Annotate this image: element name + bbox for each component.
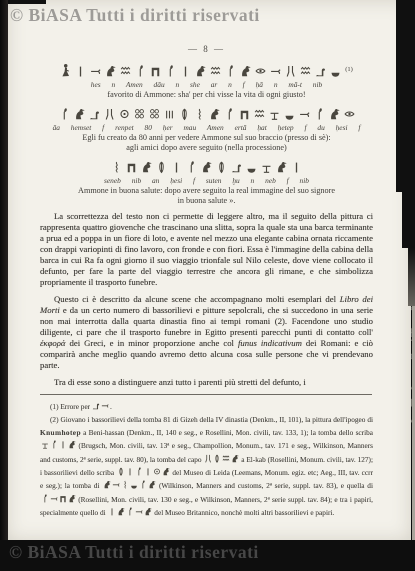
basket-hieroglyph-icon xyxy=(330,63,341,79)
bird-hieroglyph-icon xyxy=(231,453,239,464)
arm-hieroglyph-icon xyxy=(90,63,101,79)
transliteration-line-2: āa hemset f renpet 80 ḥer mau Amen ertā … xyxy=(40,123,373,132)
translation-line-1: favorito di Ammone: sha' per chi visse l… xyxy=(40,90,373,99)
bird-hieroglyph-icon xyxy=(195,63,206,79)
reed-hieroglyph-icon xyxy=(225,63,236,79)
footnote-2: (2) Giovano i bassorilievi della tomba 8… xyxy=(40,414,373,519)
water-hieroglyph-icon xyxy=(254,106,265,122)
bird-hieroglyph-icon xyxy=(68,493,76,504)
cloth-hieroglyph-icon xyxy=(121,479,129,490)
watermark-bottom: © BiASA Tutti i diritti riservati xyxy=(9,542,259,563)
hieroglyph-row-2 xyxy=(40,101,373,122)
feather-hieroglyph-icon xyxy=(156,159,167,175)
scan-border-top xyxy=(8,0,46,4)
reed-hieroglyph-icon xyxy=(314,106,325,122)
stroke-hieroglyph-icon xyxy=(291,159,302,175)
reed-hieroglyph-icon xyxy=(126,506,134,517)
bird-hieroglyph-icon xyxy=(329,106,340,122)
snake-hieroglyph-icon xyxy=(315,63,326,79)
legs-hieroglyph-icon xyxy=(285,63,296,79)
translation-line-2b: agli amici dopo avere seguito (nella pro… xyxy=(40,143,373,152)
house-hieroglyph-icon xyxy=(59,493,67,504)
bird-hieroglyph-icon xyxy=(240,63,251,79)
translation-line-3a: Ammone in buona salute: dopo avere segui… xyxy=(40,186,373,195)
footnote-text: (Wilkinson, Manners and customs, 2ª seri… xyxy=(156,481,373,490)
cloth-hieroglyph-icon xyxy=(111,159,122,175)
stroke-hieroglyph-icon xyxy=(144,466,152,477)
transliteration-line-3: seneb nib an ḥesi f suten ḫu n neb f nib xyxy=(40,176,373,185)
reed-hieroglyph-icon xyxy=(41,493,49,504)
arm-hieroglyph-icon xyxy=(112,479,120,490)
scan-border-right xyxy=(396,0,415,192)
body-text: e da un certo numero di bassorilievi e p… xyxy=(40,305,373,337)
body-paragraph-1: La scorrettezza del testo non ci permett… xyxy=(40,211,373,288)
bird-hieroglyph-icon xyxy=(117,506,125,517)
water-hieroglyph-icon xyxy=(222,453,230,464)
feather-hieroglyph-icon xyxy=(216,159,227,175)
water-hieroglyph-icon xyxy=(210,63,221,79)
hieroglyph-row-3 xyxy=(40,154,373,175)
footnote-text: a Beni-hassan (Denkm., II, 140 e seg., e… xyxy=(81,428,373,437)
bird-hieroglyph-icon xyxy=(209,106,220,122)
basket-hieroglyph-icon xyxy=(284,106,295,122)
arm-hieroglyph-icon xyxy=(270,63,281,79)
feather-hieroglyph-icon xyxy=(117,466,125,477)
snake-hieroglyph-icon xyxy=(231,159,242,175)
page-paper: — 8 — (1) hes n Amen dāu n she ar n f ḥā… xyxy=(7,0,411,541)
page-number: — 8 — xyxy=(40,44,373,54)
strokes3-hieroglyph-icon xyxy=(164,106,175,122)
reed-hieroglyph-icon xyxy=(59,106,70,122)
bird-hieroglyph-icon xyxy=(74,106,85,122)
reed-hieroglyph-icon xyxy=(224,106,235,122)
stroke-hieroglyph-icon xyxy=(171,159,182,175)
house-hieroglyph-icon xyxy=(239,106,250,122)
circles4-hieroglyph-icon xyxy=(134,106,145,122)
hieroglyph-icons xyxy=(92,402,110,411)
bird-hieroglyph-icon xyxy=(105,63,116,79)
scan-border-right xyxy=(402,192,415,248)
body-paragraph-3: Tra di esse sono a distinguere anzi tutt… xyxy=(40,377,373,388)
eye-hieroglyph-icon xyxy=(255,63,266,79)
footnote-text: (1) Errore per xyxy=(50,402,92,411)
hieroglyph-icons xyxy=(107,508,152,517)
house-hieroglyph-icon xyxy=(150,63,161,79)
house-hieroglyph-icon xyxy=(126,159,137,175)
snake-hieroglyph-icon xyxy=(92,400,100,411)
name-knumhotep: Knumhotep xyxy=(40,428,81,437)
circles4-hieroglyph-icon xyxy=(149,106,160,122)
scan-border-left xyxy=(0,0,8,571)
hieroglyph-icons xyxy=(40,495,76,504)
footnote-ref-1: (1) xyxy=(345,66,353,73)
page-content: — 8 — (1) hes n Amen dāu n she ar n f ḥā… xyxy=(40,44,373,521)
arm-hieroglyph-icon xyxy=(299,106,310,122)
basket-hieroglyph-icon xyxy=(246,159,257,175)
bird-hieroglyph-icon xyxy=(103,479,111,490)
reed-hieroglyph-icon xyxy=(165,63,176,79)
hieroglyph-row-1: (1) xyxy=(40,58,373,79)
stroke-hieroglyph-icon xyxy=(180,63,191,79)
hieroglyph-icons xyxy=(116,468,170,477)
greek-term: ἐκφορά xyxy=(40,338,65,348)
hieroglyph-icons xyxy=(203,455,239,464)
reed-hieroglyph-icon xyxy=(50,439,58,450)
reed-hieroglyph-icon xyxy=(135,466,143,477)
cloth-hieroglyph-icon xyxy=(194,106,205,122)
hieroglyph-icons xyxy=(102,481,156,490)
water-hieroglyph-icon xyxy=(120,63,131,79)
reed-hieroglyph-icon xyxy=(135,63,146,79)
bird-hieroglyph-icon xyxy=(201,159,212,175)
stroke-hieroglyph-icon xyxy=(75,63,86,79)
arm-hieroglyph-icon xyxy=(50,493,58,504)
translation-line-3b: in buona salute ». xyxy=(40,196,373,205)
footnote-separator xyxy=(40,394,372,395)
bird-hieroglyph-icon xyxy=(144,506,152,517)
stroke-hieroglyph-icon xyxy=(126,466,134,477)
hieroglyph-icons xyxy=(40,441,76,450)
footnote-1: (1) Errore per . xyxy=(40,400,373,413)
latin-term: funus indicativum xyxy=(238,338,302,348)
eye-hieroglyph-icon xyxy=(344,106,355,122)
bird-hieroglyph-icon xyxy=(276,159,287,175)
sun-hieroglyph-icon xyxy=(153,466,161,477)
bird-hieroglyph-icon xyxy=(141,159,152,175)
body-text: dei Greci, e in minor proporzione anche … xyxy=(65,338,238,348)
feather-hieroglyph-icon xyxy=(213,453,221,464)
watermark-top: © BiASA Tutti i diritti riservati xyxy=(10,5,260,26)
stroke-hieroglyph-icon xyxy=(108,506,116,517)
table-hieroglyph-icon xyxy=(41,439,49,450)
footnote-text: (2) Giovano i bassorilievi della tomba 8… xyxy=(50,415,373,424)
translation-line-2a: Egli fu creato da 80 anni per vedere Amm… xyxy=(40,133,373,142)
reed-hieroglyph-icon xyxy=(139,479,147,490)
man-seated-hieroglyph-icon xyxy=(60,63,71,79)
footnote-text: . xyxy=(110,402,112,411)
stroke-hieroglyph-icon xyxy=(59,439,67,450)
basket-hieroglyph-icon xyxy=(130,479,138,490)
table-hieroglyph-icon xyxy=(261,159,272,175)
body-paragraph-2: Questo ci è descritto da alcune scene ch… xyxy=(40,294,373,371)
scan-border-bottom: © BiASA Tutti i diritti riservati xyxy=(0,540,415,571)
water-hieroglyph-icon xyxy=(300,63,311,79)
body-text: Questo ci è descritto da alcune scene ch… xyxy=(54,294,340,304)
legs-hieroglyph-icon xyxy=(104,106,115,122)
bird-hieroglyph-icon xyxy=(148,479,156,490)
reed-hieroglyph-icon xyxy=(186,159,197,175)
arm-hieroglyph-icon xyxy=(135,506,143,517)
footnote-text: del Museo Britannico, nonchè molti altri… xyxy=(152,508,334,517)
legs-hieroglyph-icon xyxy=(204,453,212,464)
scanned-page: SEDES · CHRISTIANO · SEDES — 8 — (1) hes… xyxy=(0,0,415,571)
scan-border-right xyxy=(408,248,415,306)
transliteration-line-1: hes n Amen dāu n she ar n f ḥā n mā-t ni… xyxy=(40,80,373,89)
feather-hieroglyph-icon xyxy=(179,106,190,122)
table-hieroglyph-icon xyxy=(269,106,280,122)
snake-hieroglyph-icon xyxy=(89,106,100,122)
sun-hieroglyph-icon xyxy=(119,106,130,122)
bird-hieroglyph-icon xyxy=(162,466,170,477)
arm-hieroglyph-icon xyxy=(101,400,109,411)
bird-hieroglyph-icon xyxy=(68,439,76,450)
